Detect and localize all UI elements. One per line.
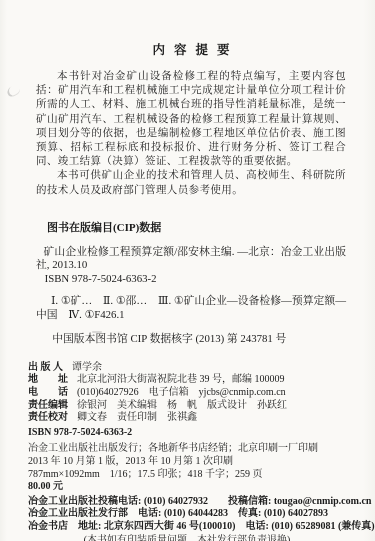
address-row: 地 址北京北河沿大街嵩祝院北巷 39 号，邮编 100009: [28, 374, 346, 387]
phone-label: 电 话: [28, 387, 68, 400]
cip-data-section: 图书在版编目(CIP)数据 矿山企业检修工程预算定额/邵安林主编. —北京：冶金…: [36, 219, 346, 347]
editors-label: 责任编辑: [28, 400, 68, 413]
publisher-person-row: 出 版 人谭学余: [28, 362, 346, 375]
cip-isbn: ISBN 978-7-5024-6363-2: [36, 273, 346, 287]
format-line: 787mm×1092mm 1/16；17.5 印张；418 千字；259 页: [28, 469, 346, 482]
price-line: 80.00 元: [28, 481, 346, 494]
cip-record-number: 中国版本图书馆 CIP 数据核字 (2013) 第 243781 号: [36, 333, 346, 347]
proofreader-row: 责任校对卿文春 责任印制 张祺鑫: [28, 412, 346, 425]
cip-entry: 矿山企业检修工程预算定额/邵安林主编. —北京：冶金工业出版社, 2013.10: [36, 246, 346, 273]
publisher-person-value: 谭学余: [72, 362, 102, 373]
content-summary-section: 内容提要 本书针对冶金矿山设备检修工程的特点编写，主要内容包括：矿用汽车和工程机…: [36, 40, 346, 198]
bookstore-contact-line: 冶金书店 地址: 北京东四西大街 46 号(100010) 电话: (010) …: [28, 521, 346, 534]
proofreader-value: 卿文春 责任印制 张祺鑫: [77, 412, 197, 423]
proofreader-label: 责任校对: [28, 412, 68, 425]
summary-paragraph-1: 本书针对冶金矿山设备检修工程的特点编写，主要内容包括：矿用汽车和工程机械施工中完…: [36, 70, 346, 169]
editors-value: 徐银河 美术编辑 杨 帆 版式设计 孙跃红: [77, 400, 287, 411]
submission-contact-line: 冶金工业出版社投稿电话: (010) 64027932 投稿信箱: tougao…: [28, 496, 346, 509]
edition-line: 2013 年 10 月第 1 版，2013 年 10 月第 1 次印刷: [28, 456, 346, 469]
book-copyright-page: 内容提要 本书针对冶金矿山设备检修工程的特点编写，主要内容包括：矿用汽车和工程机…: [0, 0, 375, 541]
cip-classification: Ⅰ. ①矿… Ⅱ. ①邵… Ⅲ. ①矿山企业—设备检修—预算定额—中国 Ⅳ. ①…: [36, 295, 346, 322]
content-summary-title: 内容提要: [36, 40, 346, 58]
editors-row: 责任编辑徐银河 美术编辑 杨 帆 版式设计 孙跃红: [28, 400, 346, 413]
address-label: 地 址: [28, 374, 68, 387]
phone-row: 电 话(010)64027926 电子信箱 yjcbs@cnmip.com.cn: [28, 387, 346, 400]
scan-artifact: [5, 84, 21, 99]
quality-return-note: (本书如有印装质量问题，本社发行部负责退换): [28, 535, 346, 541]
summary-paragraph-2: 本书可供矿山企业的技术和管理人员、高校师生、科研院所的技术人员及政府部门管理人员…: [36, 169, 346, 197]
isbn-line: ISBN 978-7-5024-6363-2: [28, 427, 346, 440]
colophon-section: 出 版 人谭学余 地 址北京北河沿大街嵩祝院北巷 39 号，邮编 100009 …: [28, 362, 346, 541]
cip-heading: 图书在版编目(CIP)数据: [36, 219, 346, 235]
address-value: 北京北河沿大街嵩祝院北巷 39 号，邮编 100009: [77, 374, 285, 385]
publisher-person-label: 出 版 人: [28, 362, 63, 375]
distribution-contact-line: 冶金工业出版社发行部 电话: (010) 64044283 传真: (010) …: [28, 508, 346, 521]
scan-artifact: [92, 331, 102, 333]
printing-distribution-line: 冶金工业出版社出版发行；各地新华书店经销；北京印刷一厂印刷: [28, 443, 346, 456]
phone-value: (010)64027926 电子信箱 yjcbs@cnmip.com.cn: [77, 387, 286, 398]
